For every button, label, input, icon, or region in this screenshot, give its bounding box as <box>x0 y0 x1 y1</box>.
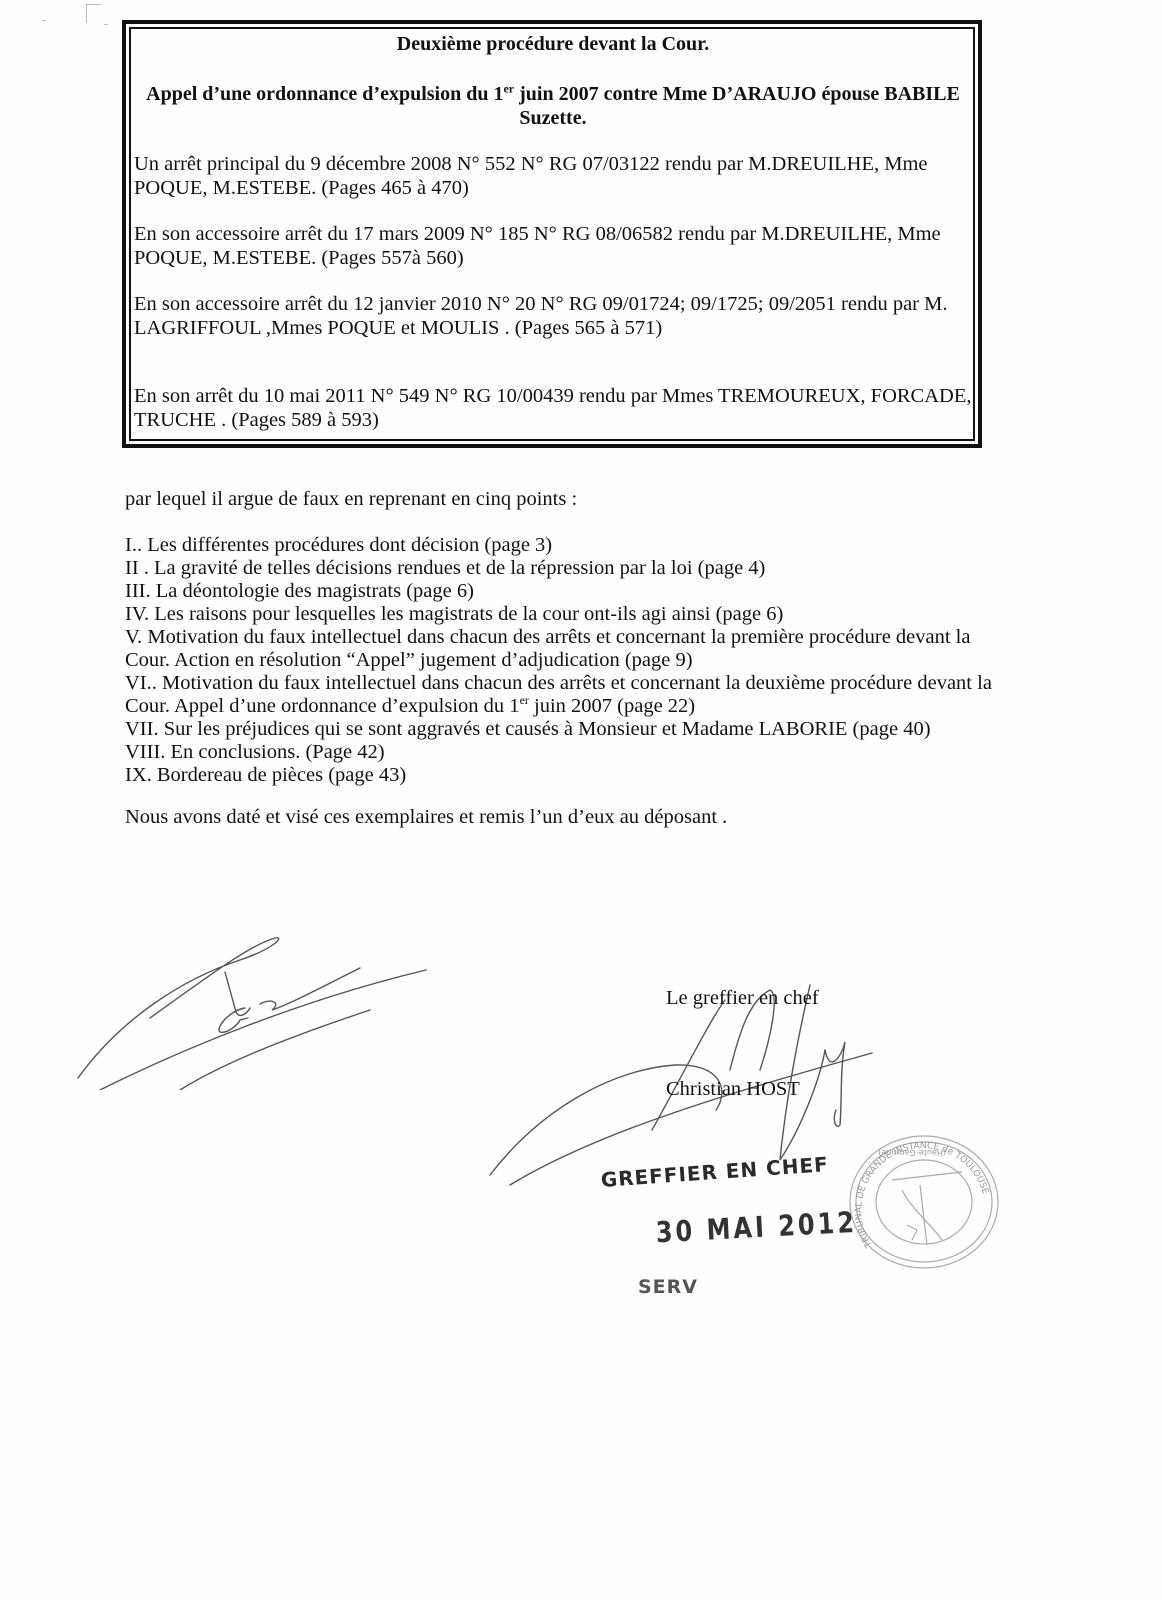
procedure-title: Deuxième procédure devant la Cour. <box>134 32 972 56</box>
procedure-box: Deuxième procédure devant la Cour. Appel… <box>122 20 982 448</box>
points-list: I.. Les différentes procédures dont déci… <box>125 534 995 787</box>
list-item: VII. Sur les préjudices qui se sont aggr… <box>125 718 995 741</box>
decision-paragraph: Un arrêt principal du 9 décembre 2008 N°… <box>134 152 972 200</box>
list-item-text-end: juin 2007 (page 22) <box>529 695 695 717</box>
clerk-name: Christian HOST <box>666 1078 800 1101</box>
stamp-greffier-en-chef: GREFFIER EN CHEF <box>600 1152 829 1192</box>
subtitle-text-end: juin 2007 contre Mme D’ARAUJO épouse BAB… <box>514 83 960 129</box>
closing-text: Nous avons daté et visé ces exemplaires … <box>125 806 995 829</box>
stamp-service: SERV <box>638 1276 698 1298</box>
scan-artifact <box>104 24 108 25</box>
list-item: I.. Les différentes procédures dont déci… <box>125 534 995 557</box>
scan-artifact <box>42 20 46 21</box>
list-item: IV. Les raisons pour lesquelles les magi… <box>125 603 995 626</box>
stamp-date: 30 MAI 2012 <box>655 1205 858 1249</box>
list-item: IX. Bordereau de pièces (page 43) <box>125 764 995 787</box>
seal-top-text: (Haute-Garonne) <box>878 1148 946 1157</box>
decision-paragraph: En son accessoire arrêt du 17 mars 2009 … <box>134 222 972 270</box>
scan-corner-mark <box>86 4 101 23</box>
list-item: V. Motivation du faux intellectuel dans … <box>125 626 995 672</box>
subtitle-text: Appel d’une ordonnance d’expulsion du 1 <box>146 83 503 105</box>
list-item: VIII. En conclusions. (Page 42) <box>125 741 995 764</box>
list-item-superscript: er <box>520 693 529 707</box>
intro-text: par lequel il argue de faux en reprenant… <box>125 488 995 511</box>
decision-paragraph: En son arrêt du 10 mai 2011 N° 549 N° RG… <box>134 384 972 432</box>
procedure-box-content: Deuxième procédure devant la Cour. Appel… <box>134 30 972 432</box>
list-item: VI.. Motivation du faux intellectuel dan… <box>125 672 995 718</box>
list-item: II . La gravité de telles décisions rend… <box>125 557 995 580</box>
handwritten-signature-left <box>60 900 440 1090</box>
procedure-subtitle: Appel d’une ordonnance d’expulsion du 1e… <box>134 82 972 130</box>
subtitle-superscript: er <box>503 81 514 95</box>
clerk-title: Le greffier en chef <box>666 987 819 1010</box>
decision-paragraph: En son accessoire arrêt du 12 janvier 20… <box>134 292 972 340</box>
court-seal-icon: TRIBUNAL DE GRANDE INSTANCE de TOULOUSE … <box>842 1130 1002 1270</box>
document-page: Deuxième procédure devant la Cour. Appel… <box>0 0 1162 1600</box>
list-item: III. La déontologie des magistrats (page… <box>125 580 995 603</box>
